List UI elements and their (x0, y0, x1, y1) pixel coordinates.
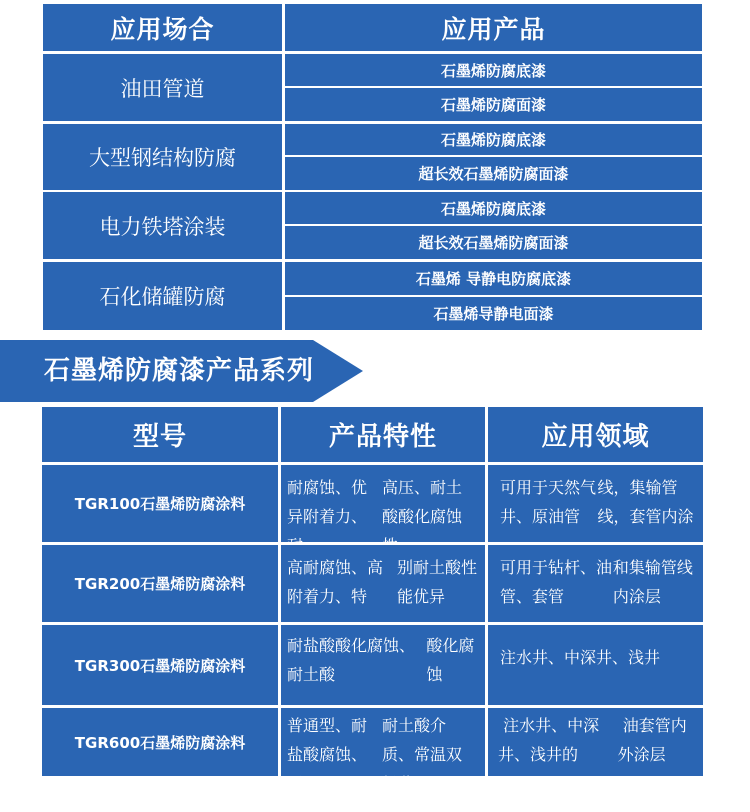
header-model: 型号 (42, 407, 278, 462)
section-title: 石墨烯防腐漆产品系列 (44, 340, 314, 402)
product-cell: 超长效石墨烯防腐面漆 (285, 226, 702, 259)
header-products: 应用产品 (285, 4, 702, 51)
product-cell: 石墨烯防腐面漆 (285, 88, 702, 121)
features-line: 酸化腐蚀 (426, 631, 477, 689)
product-cell: 石墨烯防腐底漆 (285, 124, 702, 155)
applications-line: 可用于天然气井、原油管 (500, 473, 598, 531)
scene-cell: 石化储罐防腐 (43, 262, 282, 330)
features-cell: 耐腐蚀、优异附着力、耐 高压、耐土酸酸化腐蚀性 (281, 465, 485, 542)
model-cell: TGR300石墨烯防腐涂料 (42, 625, 278, 705)
features-line: 普通型、耐盐酸腐蚀、不 (287, 711, 382, 798)
product-cell: 超长效石墨烯防腐面漆 (285, 157, 702, 190)
model-cell: TGR200石墨烯防腐涂料 (42, 545, 278, 622)
applications-cell: 可用于钻杆、油管、套管 和集输管线内涂层 (488, 545, 703, 622)
features-cell: 高耐腐蚀、高附着力、特 别耐土酸性能优异 (281, 545, 485, 622)
product-cell: 石墨烯防腐底漆 (285, 192, 702, 224)
scene-cell: 大型钢结构防腐 (43, 124, 282, 190)
header-applications: 应用领域 (488, 407, 703, 462)
features-line: 别耐土酸性能优异 (397, 553, 477, 611)
applications-cell: 注水井、中深井、浅井 (488, 625, 703, 705)
header-features: 产品特性 (281, 407, 485, 462)
applications-cell: 注水井、中深井、浅井的 油套管内外涂层 (488, 708, 703, 776)
product-cell: 石墨烯 导静电防腐底漆 (285, 262, 702, 295)
features-line: 高耐腐蚀、高附着力、特 (287, 553, 397, 611)
scene-cell: 电力铁塔涂装 (43, 192, 282, 259)
product-cell: 石墨烯防腐底漆 (285, 54, 702, 86)
applications-line: 线，集输管线，套管内涂 (598, 473, 696, 531)
section-banner: 石墨烯防腐漆产品系列 (0, 340, 364, 402)
applications-line: 可用于钻杆、油管、套管 (500, 553, 613, 611)
applications-line: 注水井、中深井、浅井 (500, 643, 660, 672)
applications-cell: 可用于天然气井、原油管 线，集输管线，套管内涂 (488, 465, 703, 542)
features-line: 耐盐酸酸化腐蚀、耐土酸 (287, 631, 426, 689)
header-scene: 应用场合 (43, 4, 282, 51)
applications-line: 注水井、中深井、浅井的 (498, 711, 618, 769)
product-cell: 石墨烯导静电面漆 (285, 297, 702, 330)
scene-cell: 油田管道 (43, 54, 282, 121)
features-line: 耐土酸介质、常温双组分 (382, 711, 477, 798)
features-cell: 普通型、耐盐酸腐蚀、不 耐土酸介质、常温双组分 (281, 708, 485, 776)
applications-line: 油套管内外涂层 (618, 711, 695, 769)
features-cell: 耐盐酸酸化腐蚀、耐土酸 酸化腐蚀 (281, 625, 485, 705)
model-cell: TGR100石墨烯防腐涂料 (42, 465, 278, 542)
model-cell: TGR600石墨烯防腐涂料 (42, 708, 278, 776)
applications-line: 和集输管线内涂层 (613, 553, 695, 611)
